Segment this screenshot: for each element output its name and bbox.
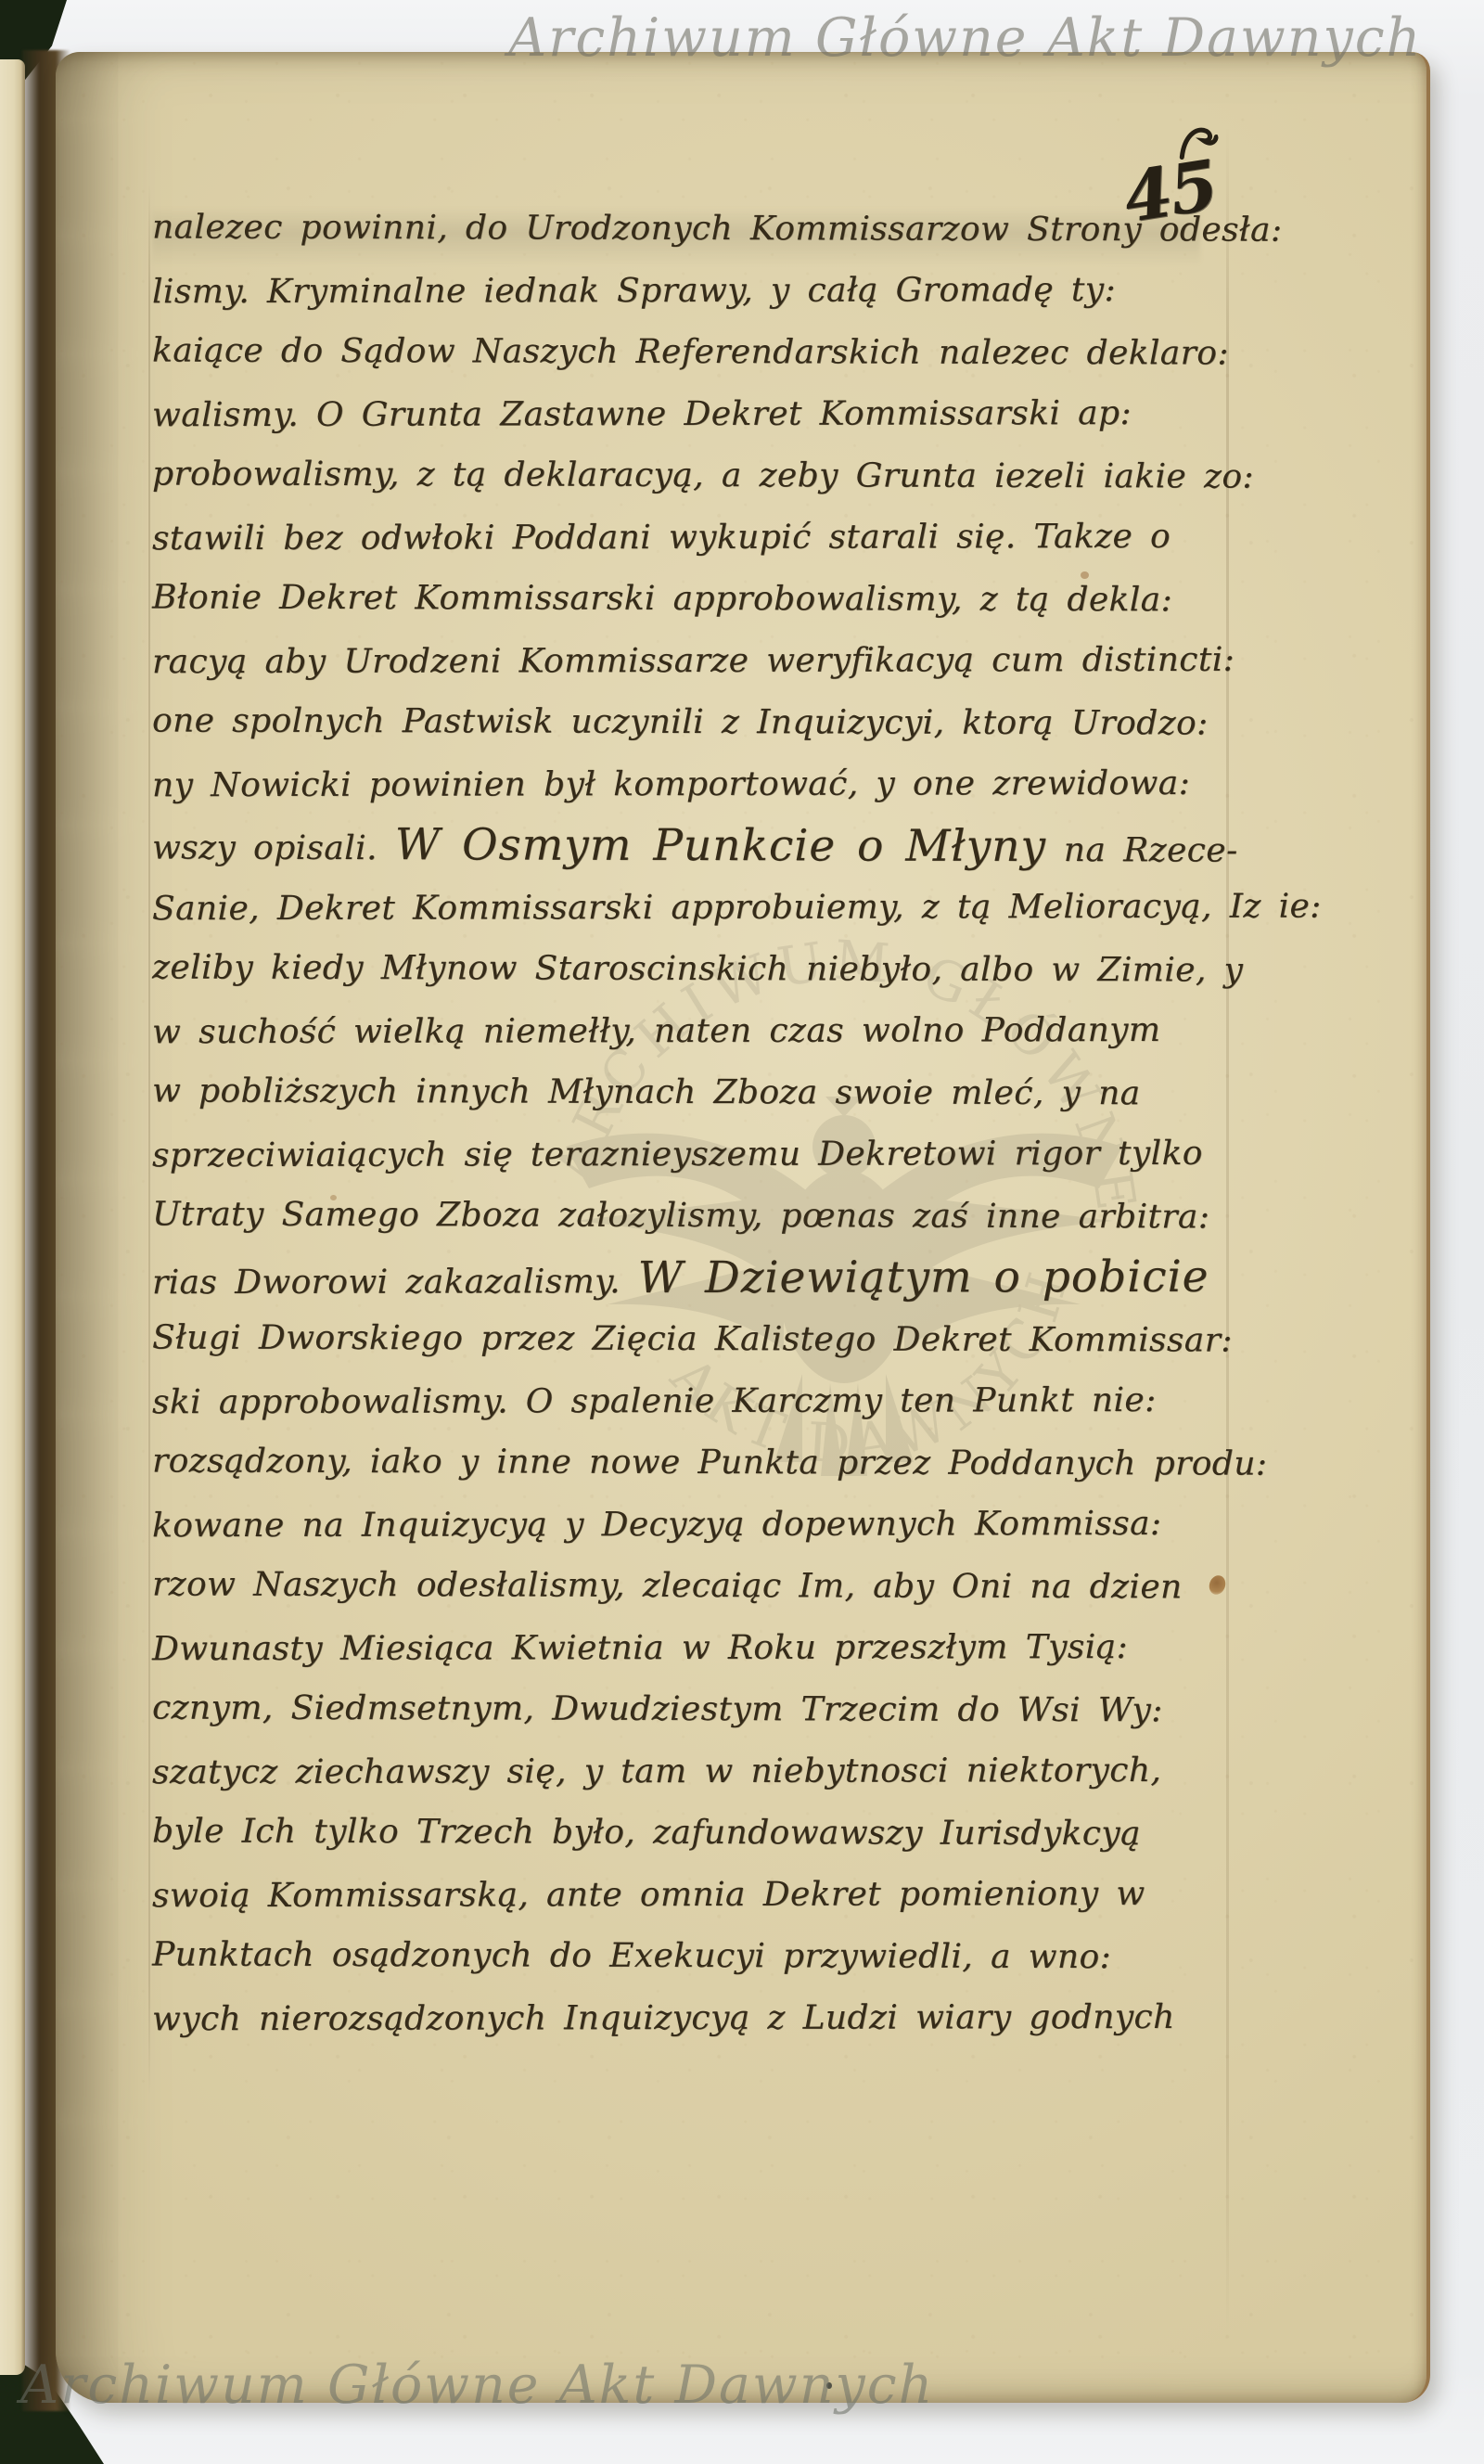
manuscript-line: ski approbowalismy. O spalenie Karczmy t…	[152, 1369, 1233, 1433]
manuscript-line: ny Nowicki powinien był komportować, y o…	[152, 752, 1233, 816]
manuscript-line: cznym, Siedmsetnym, Dwudziestym Trzecim …	[152, 1677, 1233, 1742]
manuscript-line: Utraty Samego Zboza załozylismy, pœnas z…	[152, 1184, 1233, 1249]
manuscript-line: rozsądzony, iako y inne nowe Punkta prze…	[152, 1431, 1233, 1495]
manuscript-line: kowane na Inquizycyą y Decyzyą dopewnych…	[152, 1493, 1233, 1557]
manuscript-line: kaiące do Sądow Naszych Referendarskich …	[152, 320, 1233, 385]
manuscript-line: racyą aby Urodzeni Kommissarze weryfikac…	[152, 629, 1233, 693]
page-number-flourish	[1173, 120, 1222, 163]
manuscript-line: nalezec powinni, do Urodzonych Kommissar…	[152, 197, 1233, 262]
manuscript-line: Sanie, Dekret Kommissarski approbuiemy, …	[152, 876, 1233, 940]
manuscript-line: w suchość wielką niemełły, naten czas wo…	[152, 999, 1233, 1063]
manuscript-line: one spolnych Pastwisk uczynili z Inquizy…	[152, 690, 1233, 755]
manuscript-line: Dwunasty Miesiąca Kwietnia w Roku przesz…	[152, 1616, 1233, 1680]
archive-watermark-bottom: Archiwum Główne Akt Dawnych	[20, 2355, 934, 2416]
manuscript-line: probowalismy, z tą deklaracyą, a zeby Gr…	[152, 443, 1233, 508]
manuscript-line: wszy opisali. W Osmym Punkcie o Młyny na…	[152, 814, 1233, 879]
manuscript-line: walismy. O Grunta Zastawne Dekret Kommis…	[152, 382, 1233, 446]
manuscript-page: ARCHIWUM GŁÓWNE AKT DAWNYCH 45 nalezec p…	[56, 52, 1430, 2403]
manuscript-line: sprzeciwiaiących się teraznieyszemu Dekr…	[152, 1123, 1233, 1187]
manuscript-line: szatycz ziechawszy się, y tam w niebytno…	[152, 1739, 1233, 1803]
manuscript-line: swoią Kommissarską, ante omnia Dekret po…	[152, 1863, 1233, 1927]
manuscript-line: wych nierozsądzonych Inquizycyą z Ludzi …	[152, 1986, 1233, 2050]
archive-watermark-top: Archiwum Główne Akt Dawnych	[508, 7, 1422, 69]
manuscript-line: Punktach osądzonych do Exekucyi przywied…	[152, 1924, 1233, 1989]
manuscript-line: rzow Naszych odesłalismy, zlecaiąc Im, a…	[152, 1554, 1233, 1619]
manuscript-line: Sługi Dworskiego przez Zięcia Kalistego …	[152, 1307, 1233, 1372]
manuscript-line: lismy. Kryminalne iednak Sprawy, y całą …	[152, 259, 1233, 323]
manuscript-line: byle Ich tylko Trzech było, zafundowawsz…	[152, 1801, 1233, 1866]
manuscript-line: stawili bez odwłoki Poddani wykupić star…	[152, 506, 1233, 570]
manuscript-line: rias Dworowi zakazalismy. W Dziewiątym o…	[152, 1246, 1233, 1310]
scanned-manuscript-view: ARCHIWUM GŁÓWNE AKT DAWNYCH 45 nalezec p…	[0, 0, 1484, 2464]
manuscript-line: Błonie Dekret Kommissarski approbowalism…	[152, 567, 1233, 632]
manuscript-line: w pobliższych innych Młynach Zboza swoie…	[152, 1060, 1233, 1125]
manuscript-line: zeliby kiedy Młynow Staroscinskich nieby…	[152, 937, 1233, 1002]
margin-rule-line	[148, 184, 150, 2095]
facing-page-edge	[0, 59, 25, 2375]
manuscript-text-block: nalezec powinni, do Urodzonych Kommissar…	[152, 199, 1233, 2049]
